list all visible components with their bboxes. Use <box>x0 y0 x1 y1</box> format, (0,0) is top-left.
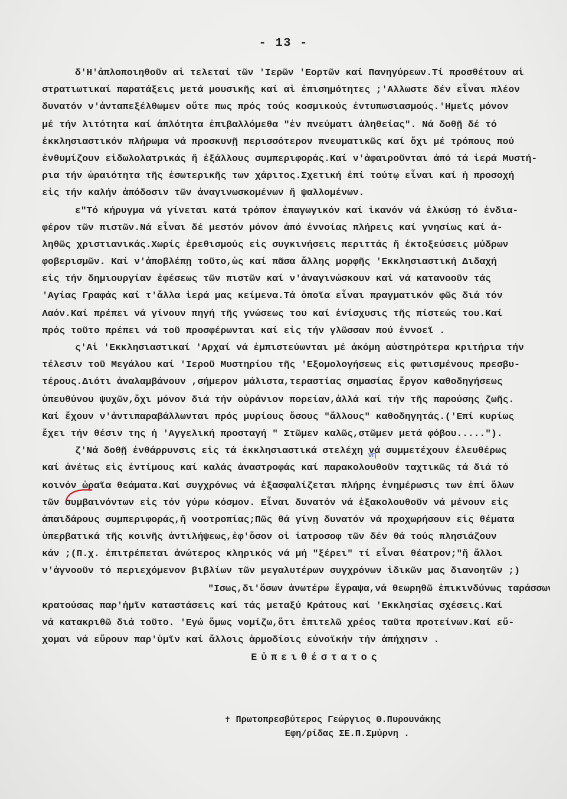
text-line: στρατιωτικαί παρατάξεις μετά μουσικῆς κα… <box>42 81 550 98</box>
text-line: ν'ἀγνοοῦν τό περιεχόμενον βιβλίων τῶν με… <box>42 562 550 579</box>
signature-name: ✝ Πρωτοπρεσβύτερος Γεώργιος Θ.Πυρουνάκης <box>225 713 441 727</box>
text-line: εἰς τήν καλήν ἀπόδοσιν τῶν ἀναγινωσκομέν… <box>42 184 550 201</box>
signature-block: ✝ Πρωτοπρεσβύτερος Γεώργιος Θ.Πυρουνάκης… <box>225 713 441 741</box>
text-line: φοβερισμῶν. Καί ν'ἀποβλέπῃ τοῦτο,ὡς καί … <box>42 253 550 270</box>
text-line: εἰς τήν δημιουργίαν ἐφέσεως τῶν πιστῶν κ… <box>42 270 550 287</box>
text-line: ἐκκλησιαστικόν πλήρωμα νά προσκυνῇ περισ… <box>42 133 550 150</box>
text-line: 'Αγίας Γραφάς καί τ'ἄλλα ἱερά μας κείμεν… <box>42 287 550 304</box>
text-line: Λαόν.Καί πρέπει νά γίνουν πηγή τῆς γνώσε… <box>42 305 550 322</box>
text-line: ζ'Νά δοθῇ ἐνθάρρυνσις εἰς τά ἐκκλησιαστι… <box>42 442 550 459</box>
blue-pen-correction: νη <box>368 451 376 459</box>
text-line: τέλεσιν τοῦ Μεγάλου καί 'Ιεροῦ Μυστηρίου… <box>42 356 550 373</box>
text-line: φέρον τῶν πιστῶν.Νά εἶναι δέ μεστόν μόνο… <box>42 219 550 236</box>
text-line: "Ισως,δι'ὅσων ἀνωτέρω ἔγραψα,νά θεωρηθῶ … <box>42 580 550 597</box>
text-line: πρός τοῦτο πρέπει νά τοῦ προσφέρωνται κα… <box>42 322 550 339</box>
text-line: νά κατακριθῶ διά τοῦτο. 'Εγώ ὅμως νομίζω… <box>42 614 550 631</box>
document-page: - 13 - δ'Η'ἀπλοποιηθοῦν αἱ τελεταί τῶν '… <box>0 0 567 799</box>
text-line: Καί ἔχουν ν'ἀντιπαραβάλλωνται πρός μυρίο… <box>42 408 550 425</box>
text-line: ρια τήν ὡραιότητα τῆς ἐσωτερικῆς των χάρ… <box>42 167 550 184</box>
text-line: ς'Αἱ 'Εκκλησιαστικαί 'Αρχαί νά ἐμπιστεύω… <box>42 339 550 356</box>
red-pen-mark-icon <box>64 488 94 502</box>
text-line: ὑπευθύνου ψυχῶν,ὄχι μόνον διά τήν οὐράνι… <box>42 391 550 408</box>
text-line: δ'Η'ἀπλοποιηθοῦν αἱ τελεταί τῶν 'Ιερῶν '… <box>42 64 550 81</box>
text-line: ἐνθυμίζουν εἰδωλολατρικάς ἤ ἐξάλλους συμ… <box>42 150 550 167</box>
text-line: ἔχει τήν θέσιν της ἡ 'Αγγελική προσταγή … <box>42 425 550 442</box>
text-line: χομαι νά εὕρουν παρ'ὑμῖν καί ἄλλοις ἁρμο… <box>42 631 550 648</box>
text-line: τῶν συμβαινόντων εἰς τόν γύρω κόσμον. Εἶ… <box>42 494 550 511</box>
text-line: κρατούσας παρ'ἡμῖν καταστάσεις καί τάς μ… <box>42 597 550 614</box>
closing-salutation: Εὐπειθέστατος <box>42 650 550 667</box>
text-line: ἀπαιδάρους συμπεριφοράς,ἤ νοοτροπίας;Πῶς… <box>42 511 550 528</box>
text-line: καί ἀνέτως εἰς ἐντίμους καί καλάς ἀναστρ… <box>42 459 550 476</box>
text-line: δυνατόν ν'ἀνταπεξέλθωμεν οὔτε πως πρός τ… <box>42 98 550 115</box>
document-body: δ'Η'ἀπλοποιηθοῦν αἱ τελεταί τῶν 'Ιερῶν '… <box>42 64 550 668</box>
text-line: κοινόν ὡραῖα θεάματα.Καί συγχρόνως νά ἐξ… <box>42 477 550 494</box>
text-line: κάν ;(Π.χ. ἐπιτρέπεται ἀνώτερος κληρικός… <box>42 545 550 562</box>
page-number: - 13 - <box>0 36 567 50</box>
text-line: ληθῶς χριστιανικάς.Χωρίς ἐρεθισμούς εἰς … <box>42 236 550 253</box>
text-line: ε"Τό κήρυγμα νά γίνεται κατά τρόπον ἐπαγ… <box>42 202 550 219</box>
text-line: ὑπερβατικά τῆς κοινῆς ἀντιλήψεως,ἐφ'ὅσον… <box>42 528 550 545</box>
text-line: τέρους.Διότι ἀναλαμβάνουν ,σήμερον μάλισ… <box>42 373 550 390</box>
signature-location: Εφη/ρίδας ΣΕ.Π.Σμύρνη . <box>225 727 441 741</box>
text-line: μέ τήν λιτότητα καί ἁπλότητα ἐπιβαλλόμεθ… <box>42 116 550 133</box>
